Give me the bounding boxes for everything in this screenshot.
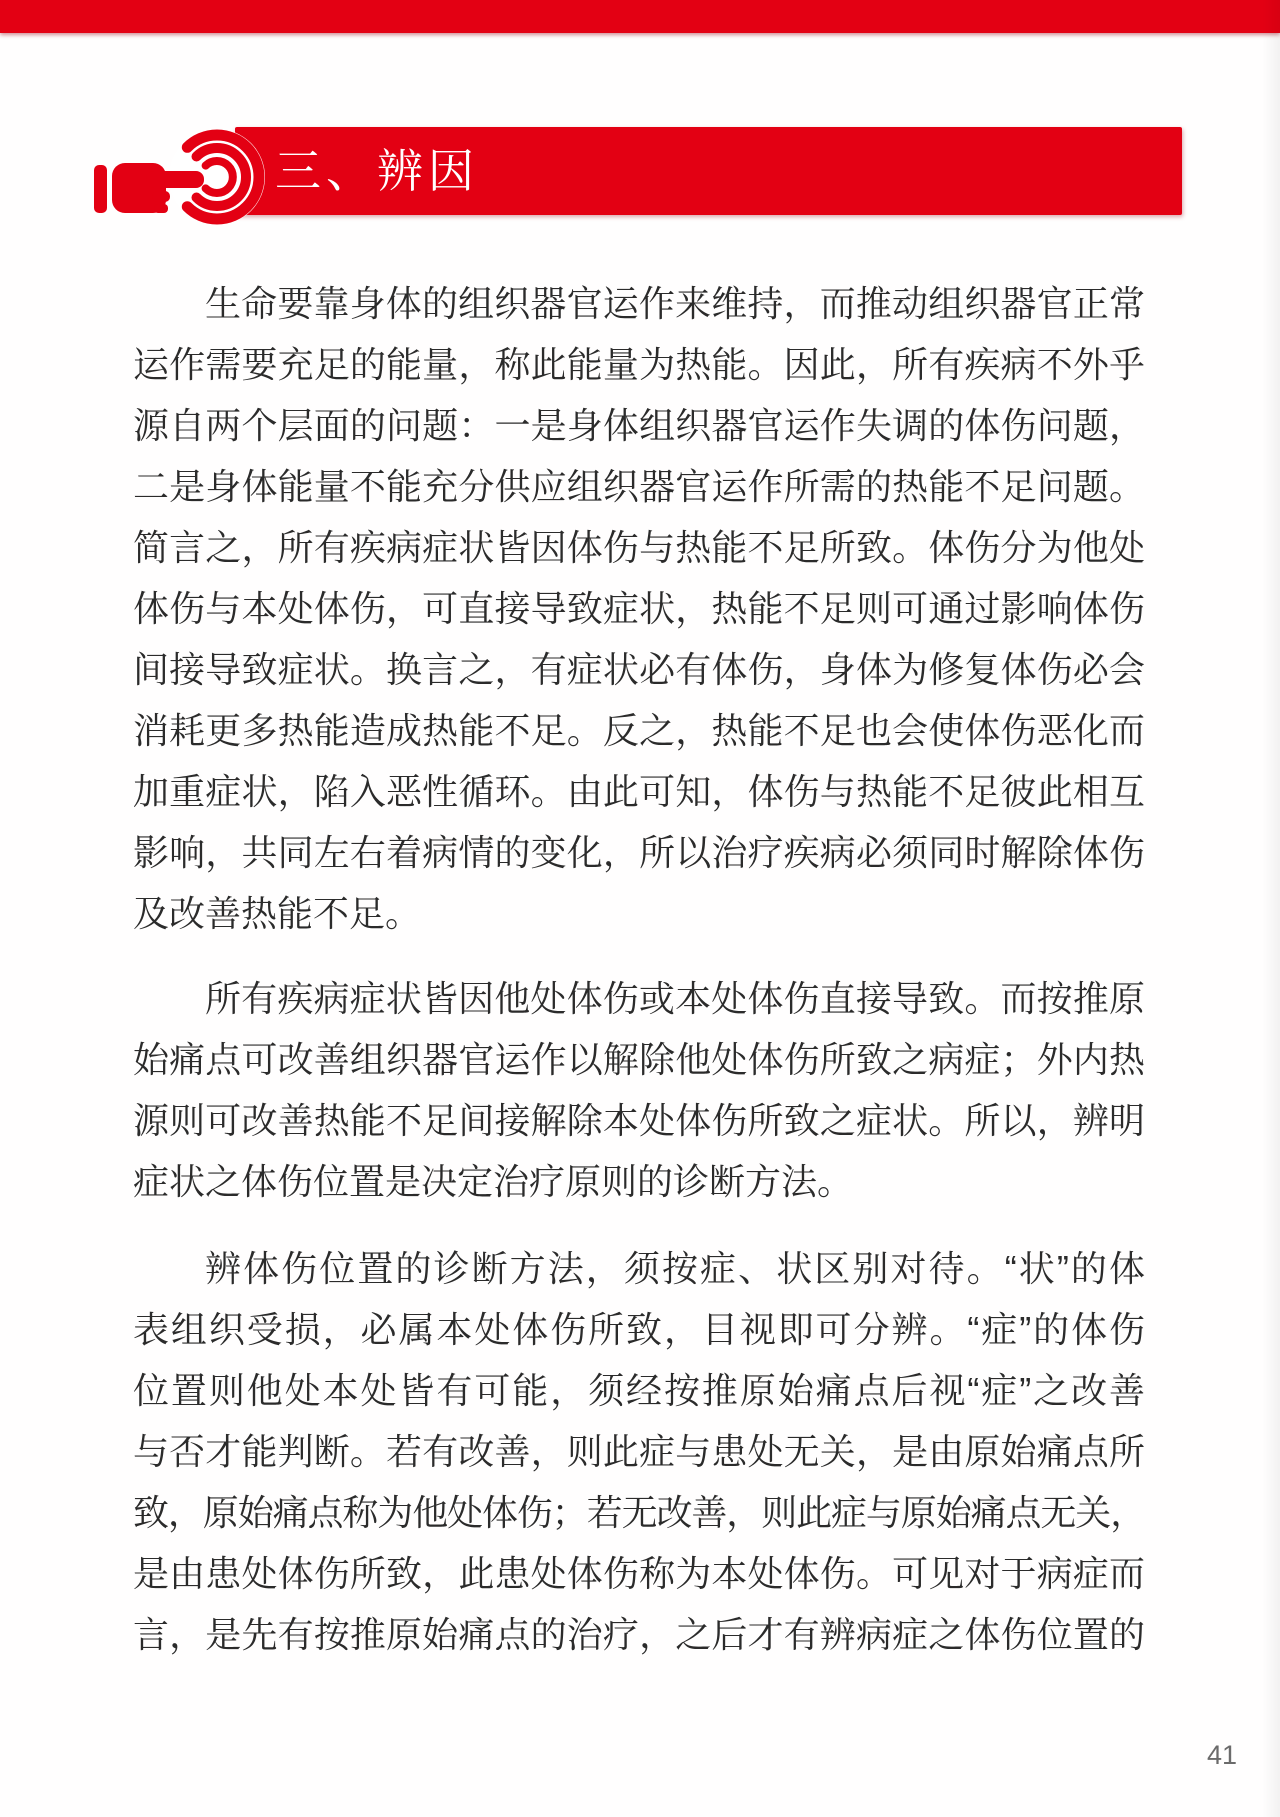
text-line: 位置则他处本处皆有可能，须经按推原始痛点后视“症”之改善 bbox=[133, 1360, 1145, 1421]
text-line: 及改善热能不足。 bbox=[133, 883, 1145, 944]
text-line: 简言之，所有疾病症状皆因体伤与热能不足所致。体伤分为他处 bbox=[133, 517, 1145, 578]
text-line: 源自两个层面的问题：一是身体组织器官运作失调的体伤问题， bbox=[133, 395, 1145, 456]
text-line: 辨体伤位置的诊断方法，须按症、状区别对待。“状”的体 bbox=[133, 1238, 1145, 1299]
text-line: 加重症状，陷入恶性循环。由此可知，体伤与热能不足彼此相互 bbox=[133, 761, 1145, 822]
text-line: 始痛点可改善组织器官运作以解除他处体伤所致之病症；外内热 bbox=[133, 1029, 1145, 1090]
section-title: 三、辨因 bbox=[235, 148, 479, 194]
body-text: 生命要靠身体的组织器官运作来维持，而推动组织器官正常运作需要充足的能量，称此能量… bbox=[133, 273, 1145, 1665]
text-line: 运作需要充足的能量，称此能量为热能。因此，所有疾病不外乎 bbox=[133, 334, 1145, 395]
hand-pressing-target-icon bbox=[80, 125, 270, 225]
text-line: 所有疾病症状皆因他处体伤或本处体伤直接导致。而按推原 bbox=[133, 968, 1145, 1029]
paragraph: 所有疾病症状皆因他处体伤或本处体伤直接导致。而按推原始痛点可改善组织器官运作以解… bbox=[133, 968, 1145, 1212]
scanned-book-page: 三、辨因 生命要靠身体的组织器官运作来维持，而推动组织器官正常运作需要充足的能量… bbox=[0, 0, 1280, 1817]
text-line: 间接导致症状。换言之，有症状必有体伤，身体为修复体伤必会 bbox=[133, 639, 1145, 700]
text-line: 致，原始痛点称为他处体伤；若无改善，则此症与原始痛点无关， bbox=[133, 1482, 1145, 1543]
paragraph: 生命要靠身体的组织器官运作来维持，而推动组织器官正常运作需要充足的能量，称此能量… bbox=[133, 273, 1145, 944]
text-line: 是由患处体伤所致，此患处体伤称为本处体伤。可见对于病症而 bbox=[133, 1543, 1145, 1604]
text-line: 生命要靠身体的组织器官运作来维持，而推动组织器官正常 bbox=[133, 273, 1145, 334]
page-number: 41 bbox=[1207, 1740, 1237, 1771]
text-line: 体伤与本处体伤，可直接导致症状，热能不足则可通过影响体伤 bbox=[133, 578, 1145, 639]
section-banner: 三、辨因 bbox=[235, 127, 1182, 215]
text-line: 影响，共同左右着病情的变化，所以治疗疾病必须同时解除体伤 bbox=[133, 822, 1145, 883]
text-line: 症状之体伤位置是决定治疗原则的诊断方法。 bbox=[133, 1151, 1145, 1212]
text-line: 与否才能判断。若有改善，则此症与患处无关，是由原始痛点所 bbox=[133, 1421, 1145, 1482]
text-line: 表组织受损，必属本处体伤所致，目视即可分辨。“症”的体伤 bbox=[133, 1299, 1145, 1360]
text-line: 消耗更多热能造成热能不足。反之，热能不足也会使体伤恶化而 bbox=[133, 700, 1145, 761]
text-line: 二是身体能量不能充分供应组织器官运作所需的热能不足问题。 bbox=[133, 456, 1145, 517]
text-line: 源则可改善热能不足间接解除本处体伤所致之症状。所以，辨明 bbox=[133, 1090, 1145, 1151]
page-edge-shade bbox=[1262, 0, 1280, 1817]
top-red-bar bbox=[0, 0, 1280, 33]
text-line: 言，是先有按推原始痛点的治疗，之后才有辨病症之体伤位置的 bbox=[133, 1604, 1145, 1665]
paragraph: 辨体伤位置的诊断方法，须按症、状区别对待。“状”的体表组织受损，必属本处体伤所致… bbox=[133, 1238, 1145, 1665]
